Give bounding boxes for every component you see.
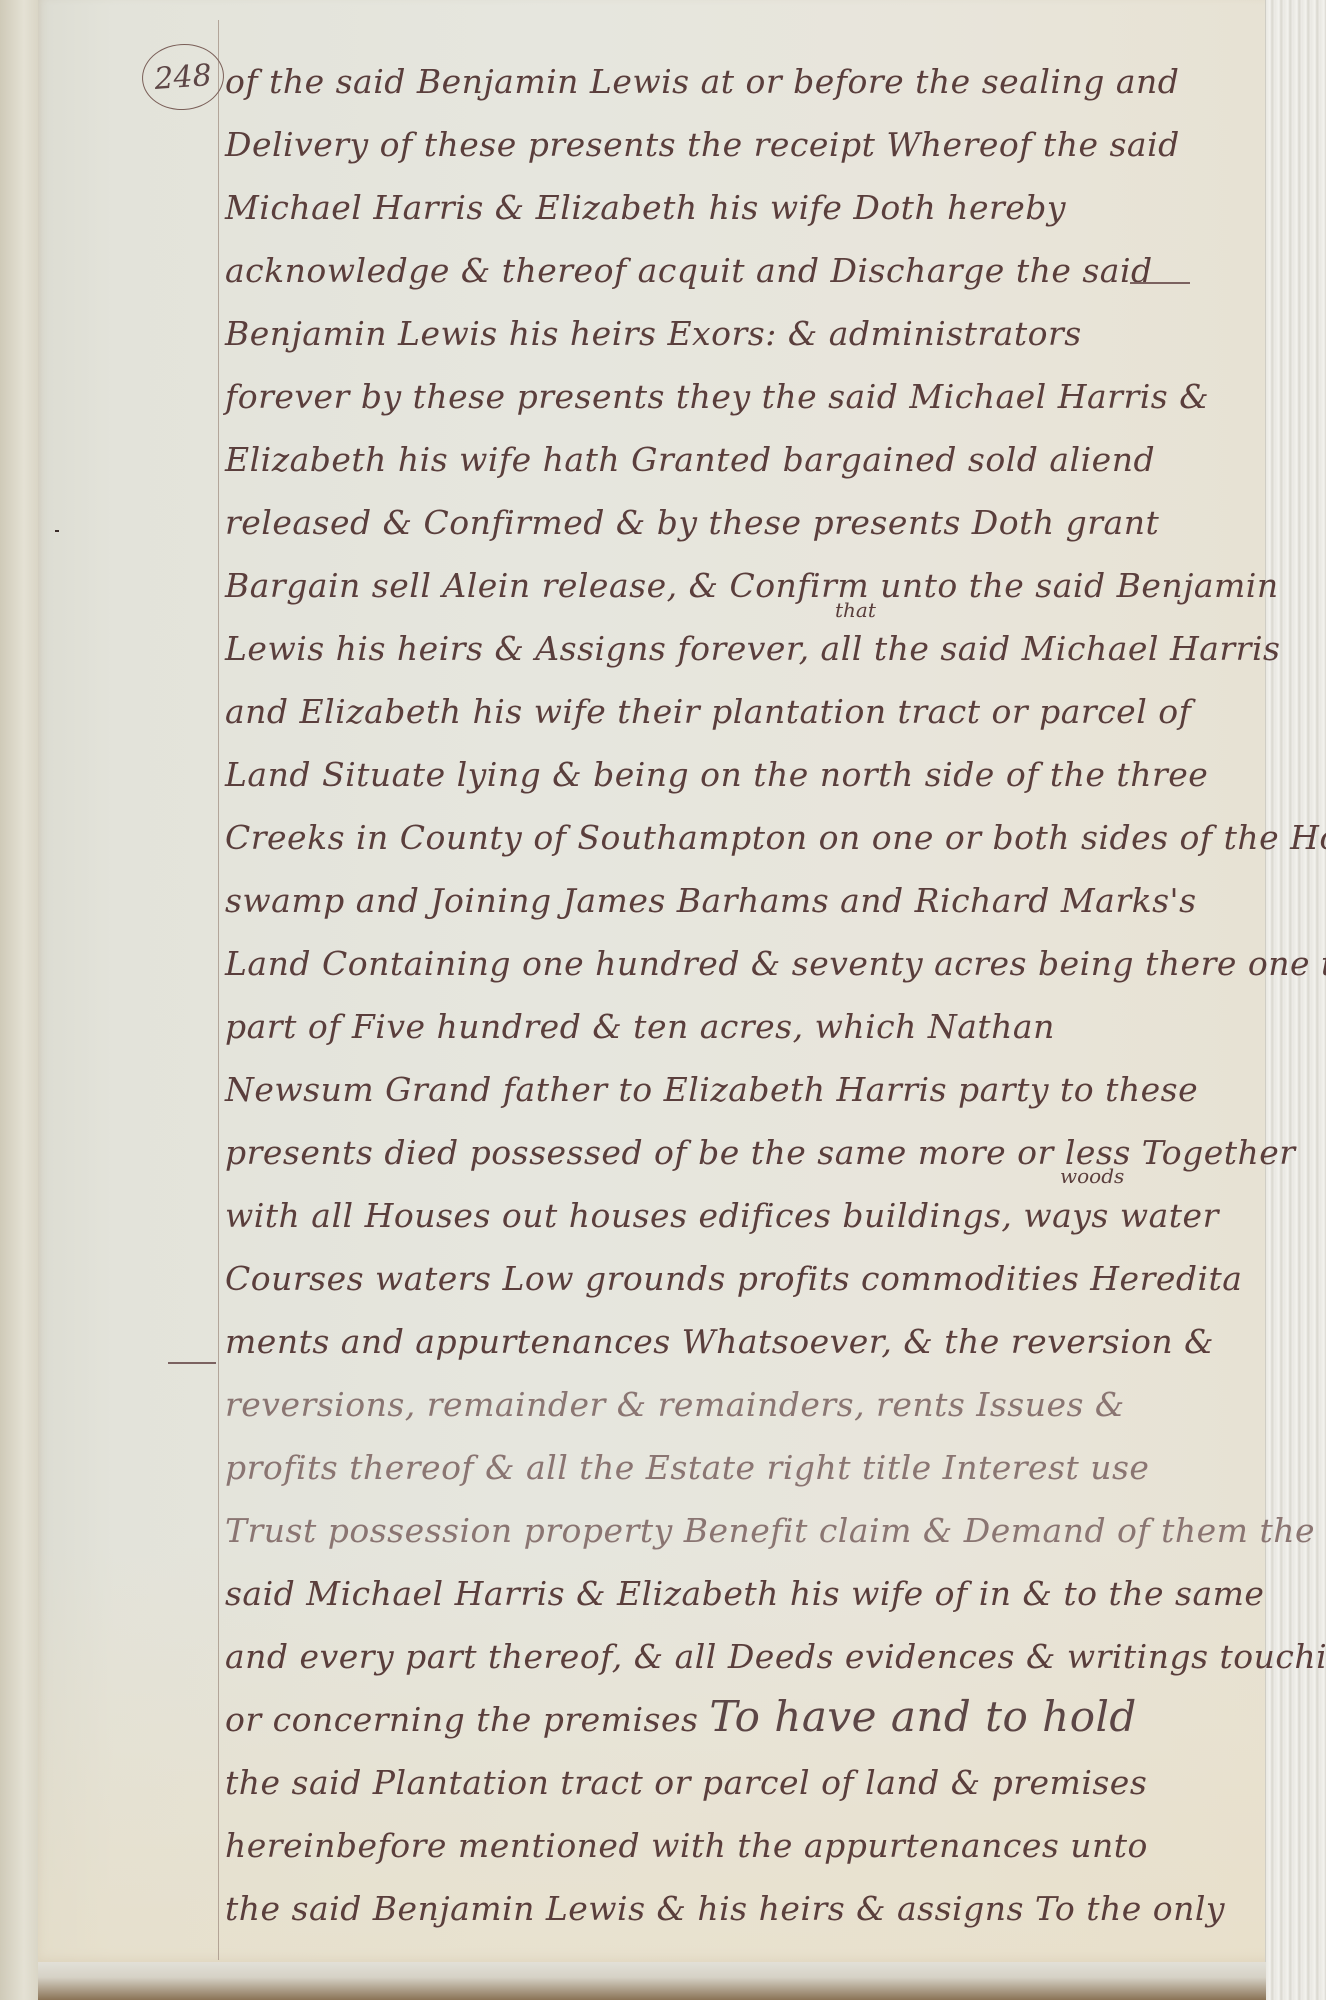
text-line: with all Houses out houses edifices buil… xyxy=(225,1196,1219,1235)
margin-dash xyxy=(168,1362,216,1364)
text-line: and every part thereof, & all Deeds evid… xyxy=(225,1637,1326,1676)
text-line: swamp and Joining James Barhams and Rich… xyxy=(225,881,1197,920)
text-line: Courses waters Low grounds profits commo… xyxy=(225,1259,1242,1298)
text-line: Bargain sell Alein release, & Confirm un… xyxy=(225,566,1279,605)
page-bottom-edge xyxy=(38,1962,1266,2000)
habendum-phrase: To have and to hold xyxy=(709,1692,1136,1741)
text-line: and Elizabeth his wife their plantation … xyxy=(225,692,1191,731)
margin-mark xyxy=(55,530,59,532)
text-line: profits thereof & all the Estate right t… xyxy=(225,1448,1149,1487)
page-edges xyxy=(1265,0,1326,2000)
text-line: acknowledge & thereof acquit and Dischar… xyxy=(225,251,1153,290)
text-line: Michael Harris & Elizabeth his wife Doth… xyxy=(225,188,1066,227)
text-line: the said Benjamin Lewis & his heirs & as… xyxy=(225,1889,1225,1928)
text-line: Elizabeth his wife hath Granted bargaine… xyxy=(225,440,1155,479)
text-line: forever by these presents they the said … xyxy=(225,377,1209,416)
line-filler-dash xyxy=(1130,282,1190,284)
text-line: hereinbefore mentioned with the appurten… xyxy=(225,1826,1148,1865)
text-line: Newsum Grand father to Elizabeth Harris … xyxy=(225,1070,1198,1109)
text-line: Land Containing one hundred & seventy ac… xyxy=(225,944,1326,983)
interlinear-insertion: that xyxy=(835,598,876,622)
text-line: Creeks in County of Southampton on one o… xyxy=(225,818,1326,857)
text-line: of the said Benjamin Lewis at or before … xyxy=(225,62,1179,101)
text-line: released & Confirmed & by these presents… xyxy=(225,503,1159,542)
text-line: ments and appurtenances Whatsoever, & th… xyxy=(225,1322,1214,1361)
book-gutter xyxy=(0,0,40,2000)
habendum-prefix: or concerning the premises xyxy=(225,1700,709,1739)
text-line: part of Five hundred & ten acres, which … xyxy=(225,1007,1055,1046)
text-line: reversions, remainder & remainders, rent… xyxy=(225,1385,1125,1424)
text-line: said Michael Harris & Elizabeth his wife… xyxy=(225,1574,1264,1613)
text-line: the said Plantation tract or parcel of l… xyxy=(225,1763,1147,1802)
text-line: Lewis his heirs & Assigns forever, all t… xyxy=(225,629,1280,668)
interlinear-insertion: woods xyxy=(1060,1164,1124,1188)
text-line-habendum: or concerning the premises To have and t… xyxy=(225,1692,1137,1741)
text-line: presents died possessed of be the same m… xyxy=(225,1133,1296,1172)
margin-rule xyxy=(218,20,219,1960)
text-line: Benjamin Lewis his heirs Exors: & admini… xyxy=(225,314,1082,353)
text-line: Delivery of these presents the receipt W… xyxy=(225,125,1180,164)
text-line: Trust possession property Benefit claim … xyxy=(225,1511,1315,1550)
page-number-text: 248 xyxy=(153,58,213,97)
text-line: Land Situate lying & being on the north … xyxy=(225,755,1208,794)
